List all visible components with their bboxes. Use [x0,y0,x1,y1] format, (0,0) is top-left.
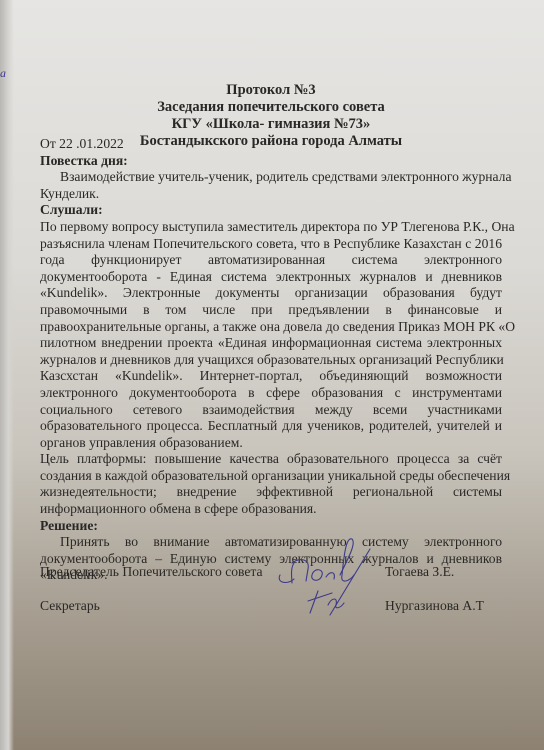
heard-line: журналов и дневников для учащихся образо… [40,352,502,369]
signature-name: Тогаева З.Е. [385,564,454,580]
heard-line: создания в каждой образовательной органи… [40,468,502,485]
heard-line: органов управления образованием. [40,435,502,452]
heard-line: года функционирует автоматизированная си… [40,252,502,269]
heard-line: документооборота - Единая система электр… [40,269,502,286]
heard-heading: Слушали: [40,202,502,219]
heard-line: правомочными в том числе при предъявлени… [40,302,502,319]
heard-line: социального сетевого взаимодействия межд… [40,402,502,419]
handwritten-signature-icon [270,535,390,625]
heard-line: жизнедеятельности; внедрение эффективной… [40,484,502,501]
heard-line: информационного обмена в сфере образован… [40,501,502,518]
document-subtitle-line: КГУ «Школа- гимназия №73» [40,116,502,133]
agenda-heading: Повестка дня: [40,153,502,170]
document-body: От 22 .01.2022 Повестка дня: Взаимодейст… [40,136,502,584]
heard-line: Цель платформы: повышение качества образ… [40,451,502,468]
heard-line: пилотном внедрении проекта «Единая инфор… [40,335,502,352]
heard-line: разъяснила членам Попечительского совета… [40,236,502,253]
heard-line: электронного документооборота в сфере об… [40,385,502,402]
heard-line: правоохранительные органы, а также она д… [40,319,502,336]
decision-heading: Решение: [40,518,502,535]
agenda-line: Взаимодействие учитель-ученик, родитель … [40,169,502,186]
document-subtitle-line: Заседания попечительского совета [40,99,502,116]
signature-role: Секретарь [40,598,100,614]
heard-line: Казсхстан «Kundelik». Интернет-портал, о… [40,368,502,385]
margin-handwritten-mark: а [0,66,6,81]
page-left-edge [0,0,14,750]
signature-name: Нургазинова А.Т [385,598,484,614]
heard-line: образовательного процесса. Бесплатный дл… [40,418,502,435]
document-date: От 22 .01.2022 [40,136,502,153]
heard-line: По первому вопросу выступила заместитель… [40,219,502,236]
signature-role: Председатель Попечительского совета [40,564,263,580]
heard-line: «Kundelik». Электронные документы органи… [40,285,502,302]
document-title: Протокол №3 [40,82,502,99]
agenda-line: Кунделик. [40,186,502,203]
